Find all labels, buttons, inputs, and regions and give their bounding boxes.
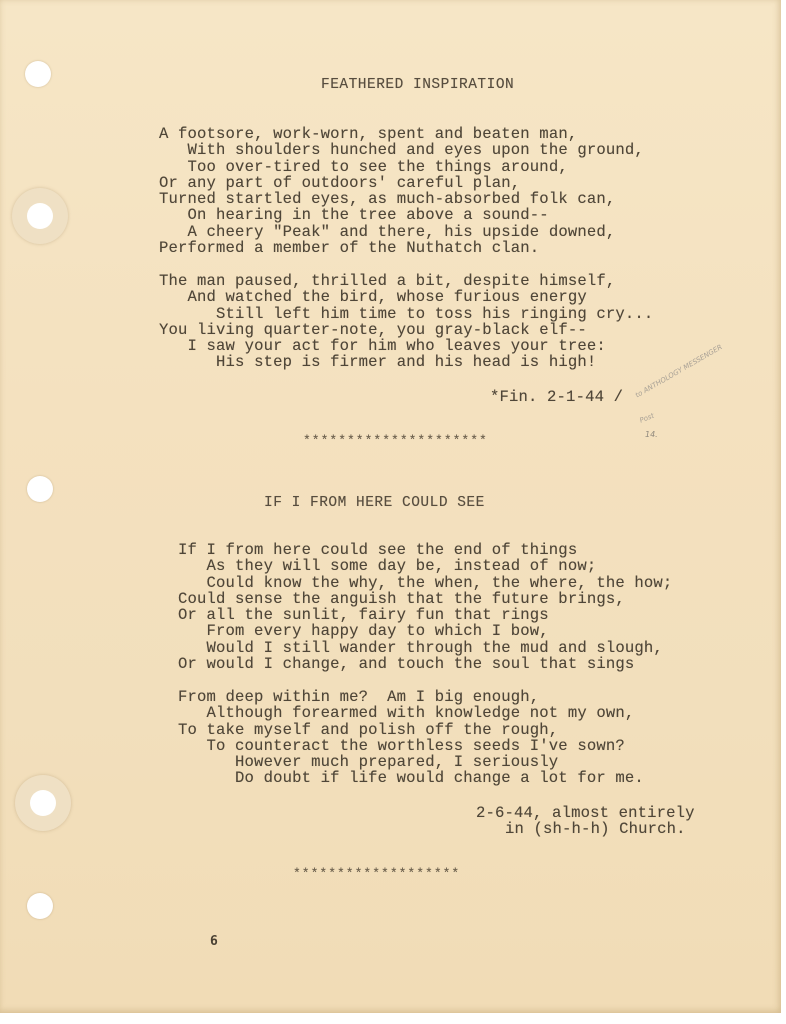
poem-line: From every happy day to which I bow,: [178, 623, 672, 639]
poem1-separator: *********************: [303, 433, 488, 449]
pencil-note-number: 14.: [645, 430, 658, 439]
poem1-title: FEATHERED INSPIRATION: [321, 77, 514, 93]
poem1-stanza-2: The man paused, thrilled a bit, despite …: [159, 273, 653, 371]
poem-line: If I from here could see the end of thin…: [178, 542, 672, 558]
typewritten-page: FEATHERED INSPIRATION A footsore, work-w…: [0, 0, 781, 1013]
poem2-stanza-1: If I from here could see the end of thin…: [178, 542, 672, 672]
poem-line: Or would I change, and touch the soul th…: [178, 656, 672, 672]
poem-line: You living quarter-note, you gray-black …: [159, 322, 653, 338]
binder-hole-reinforced: [15, 775, 71, 831]
poem-line: The man paused, thrilled a bit, despite …: [159, 273, 653, 289]
poem-line: A footsore, work-worn, spent and beaten …: [159, 126, 644, 142]
poem-line: With shoulders hunched and eyes upon the…: [159, 142, 644, 158]
poem-line: Or all the sunlit, fairy fun that rings: [178, 607, 672, 623]
poem-line: To counteract the worthless seeds I've s…: [178, 738, 644, 754]
poem2-signature-line-1: 2-6-44, almost entirely: [476, 805, 695, 821]
poem-line: Still left him time to toss his ringing …: [159, 306, 653, 322]
poem-line: Could sense the anguish that the future …: [178, 591, 672, 607]
poem-line: Do doubt if life would change a lot for …: [178, 770, 644, 786]
poem-line: Too over-tired to see the things around,: [159, 159, 644, 175]
binder-hole-reinforced: [12, 188, 68, 244]
poem-line: Or any part of outdoors' careful plan,: [159, 175, 644, 191]
poem2-title: IF I FROM HERE COULD SEE: [264, 495, 485, 511]
poem2-separator: *******************: [293, 866, 460, 882]
poem-line: As they will some day be, instead of now…: [178, 558, 672, 574]
binder-hole: [25, 61, 51, 87]
poem-line: However much prepared, I seriously: [178, 754, 644, 770]
page-number: 6: [210, 934, 218, 949]
poem1-signature: *Fin. 2-1-44 /: [490, 389, 623, 405]
poem-line: Could know the why, the when, the where,…: [178, 575, 672, 591]
poem-line: From deep within me? Am I big enough,: [178, 689, 644, 705]
binder-hole: [27, 893, 53, 919]
binder-hole: [27, 476, 53, 502]
poem-line: On hearing in the tree above a sound--: [159, 207, 644, 223]
poem-line: Would I still wander through the mud and…: [178, 640, 672, 656]
poem-line: His step is firmer and his head is high!: [159, 354, 653, 370]
pencil-note-post: Post: [639, 412, 656, 425]
poem-line: Turned startled eyes, as much-absorbed f…: [159, 191, 644, 207]
poem-line: And watched the bird, whose furious ener…: [159, 289, 653, 305]
poem-line: A cheery "Peak" and there, his upside do…: [159, 224, 644, 240]
poem2-signature-line-2: in (sh-h-h) Church.: [505, 821, 686, 837]
poem2-stanza-2: From deep within me? Am I big enough, Al…: [178, 689, 644, 787]
poem-line: I saw your act for him who leaves your t…: [159, 338, 653, 354]
poem-line: To take myself and polish off the rough,: [178, 722, 644, 738]
poem-line: Performed a member of the Nuthatch clan.: [159, 240, 644, 256]
poem1-stanza-1: A footsore, work-worn, spent and beaten …: [159, 126, 644, 256]
poem-line: Although forearmed with knowledge not my…: [178, 705, 644, 721]
